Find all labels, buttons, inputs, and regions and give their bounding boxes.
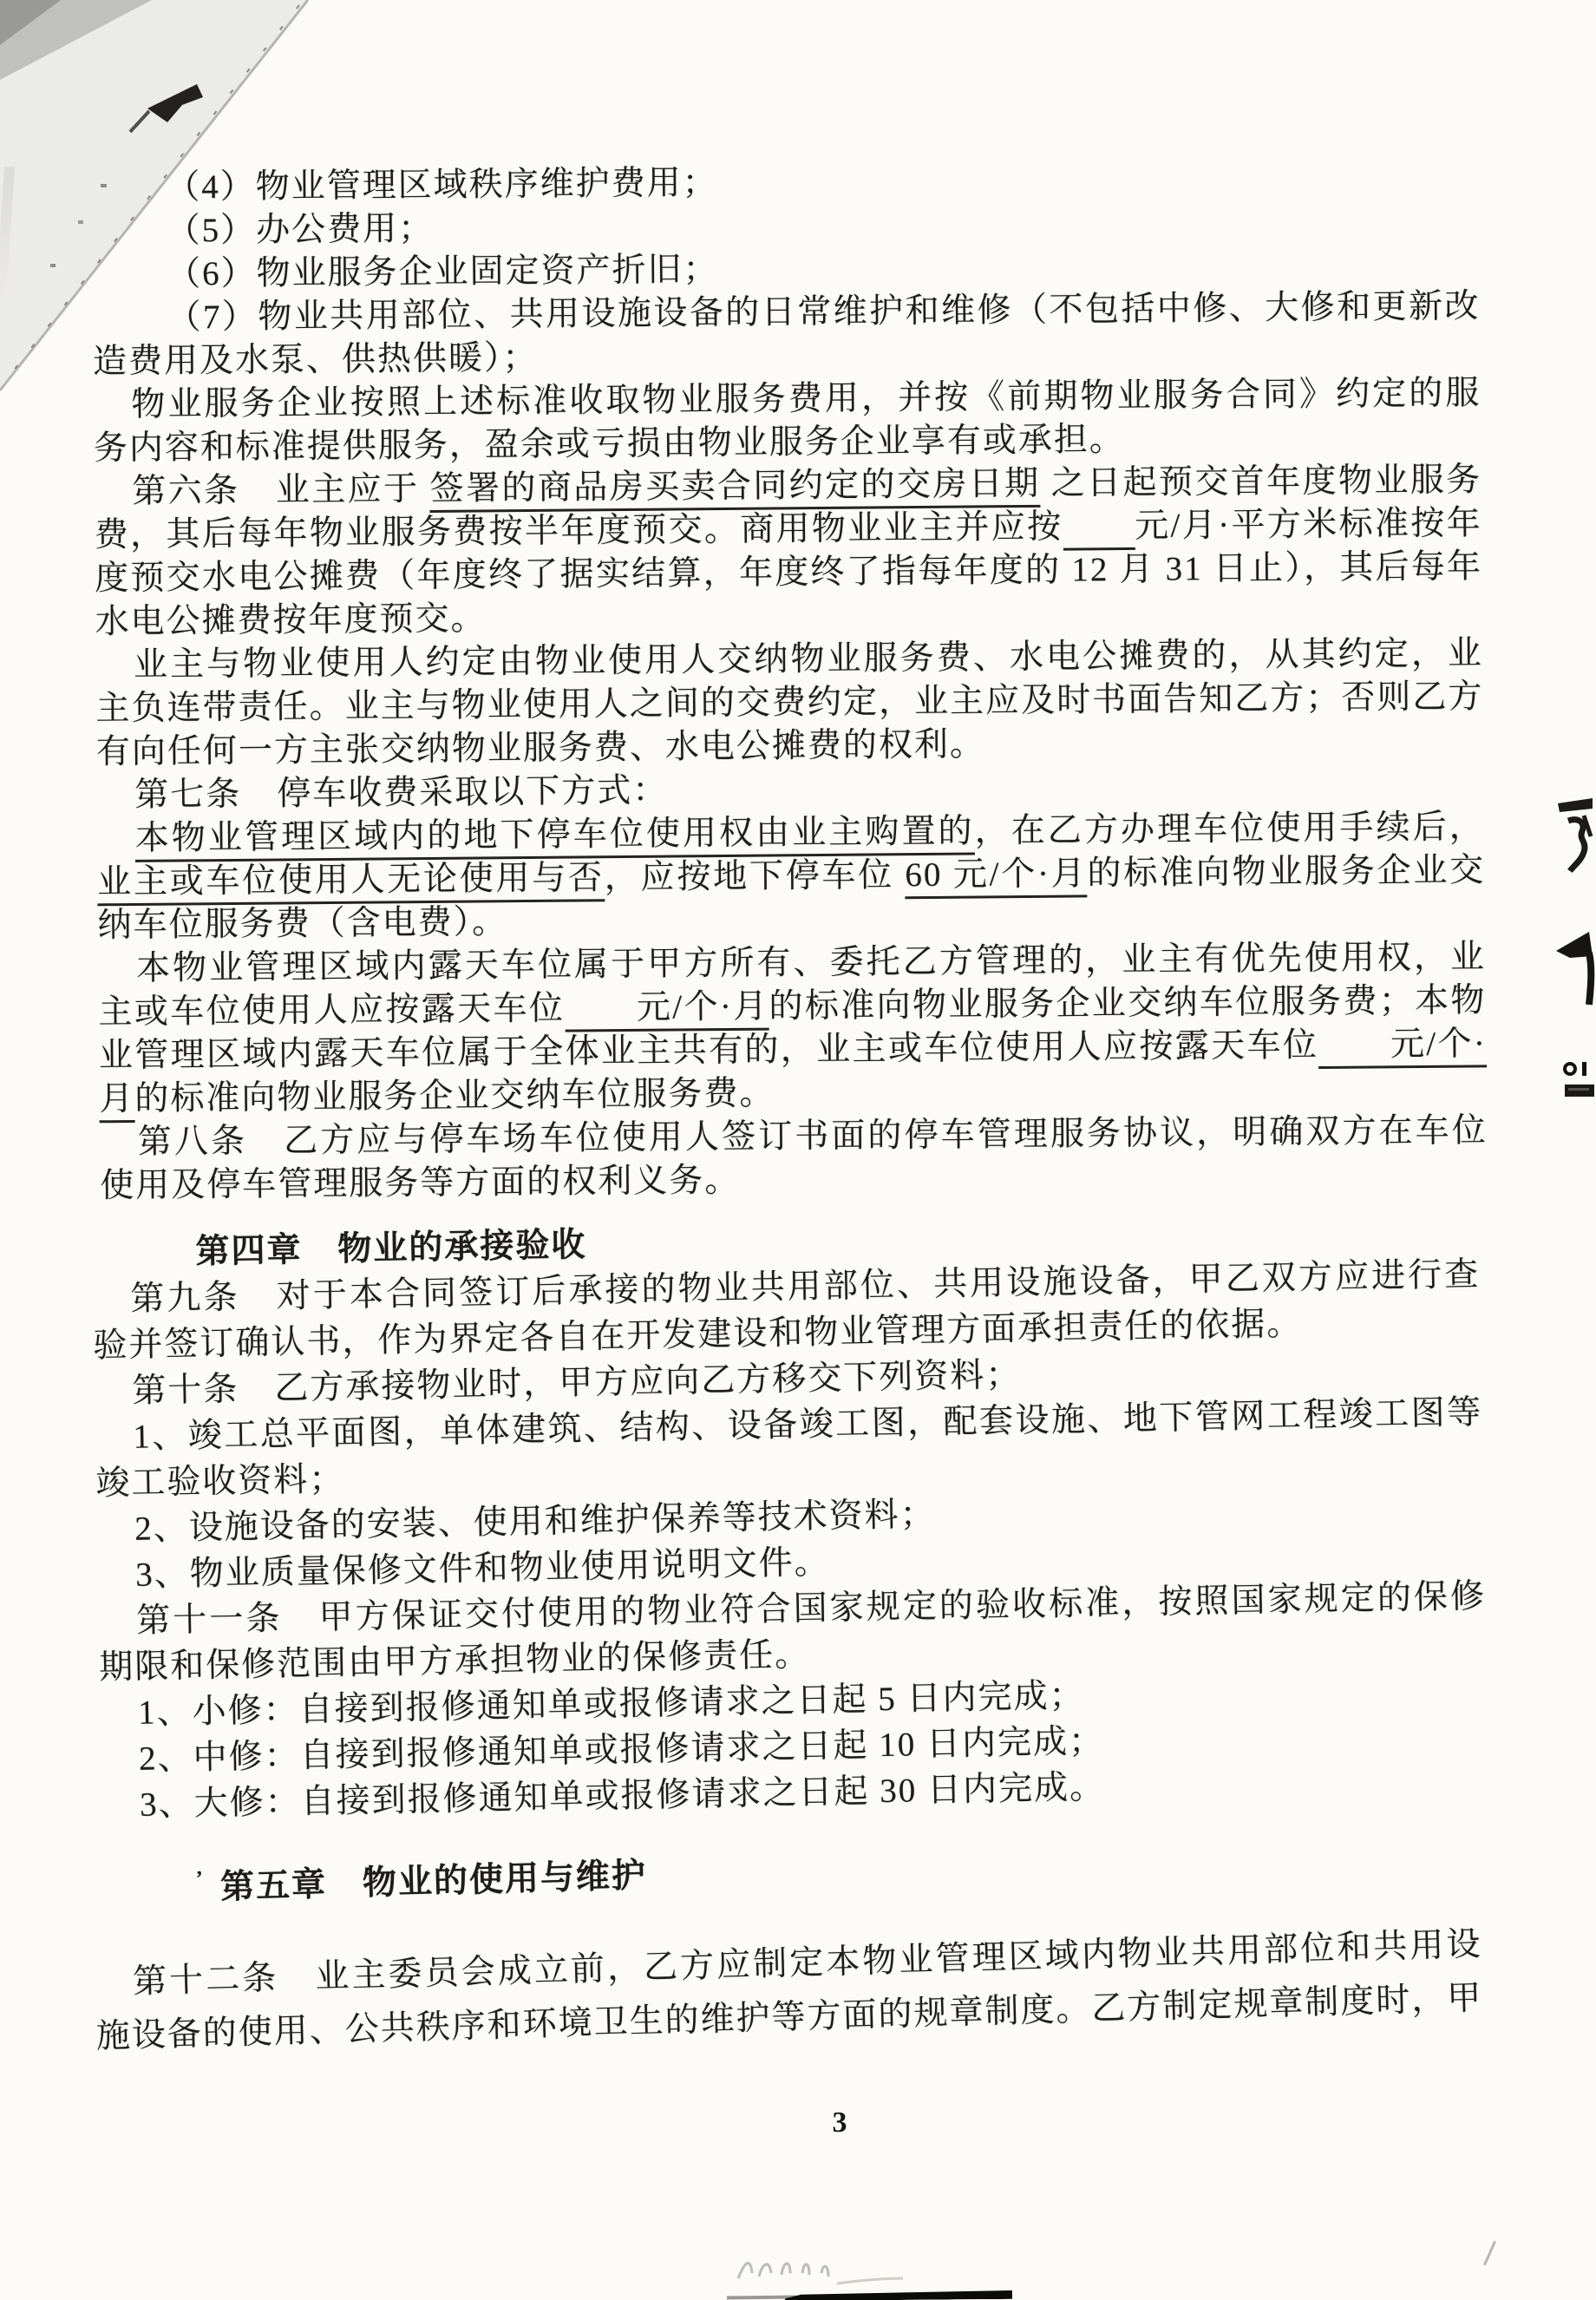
text-run: 第五章 物业的使用与维护 (220, 1857, 648, 1906)
section-2: 第四章 物业的承接验收第九条 对于本合同签订后承接的物业共用部位、共用设施设备，… (91, 1205, 1489, 1828)
filled-in-underlined-text: 业主或车位使用人无论使用与否 (97, 859, 605, 906)
text-run: 物业服务企业按照上述标准收取物业服务费用，并按《前期物业服务合同》约定的服务内容… (94, 374, 1482, 467)
paragraph-open-air-parking: 本物业管理区域内露天车位属于甲方所有、委托乙方管理的，业主有优先使用权，业主或车… (98, 935, 1488, 1121)
text-run: 第六条 业主应于 (132, 470, 430, 510)
filled-in-underlined-text: 签署的商品房买卖合同约定的交房日期 (429, 465, 1040, 513)
chapter-5-heading: ’第五章 物业的使用与维护 (91, 1816, 1480, 1918)
filled-in-underlined-text: 本物业管理区域内的地下停车位使用权由业主购置的 (135, 812, 975, 862)
section-1: （4）物业管理区域秩序维护费用；（5）办公费用；（6）物业服务企业固定资产折旧；… (91, 154, 1488, 1208)
text-run: ’ (195, 1868, 203, 1890)
scan-tick-mark (1483, 2241, 1496, 2266)
paragraph-fee-collection: 物业服务企业按照上述标准收取物业服务费用，并按《前期物业服务合同》约定的服务内容… (93, 371, 1482, 470)
text-run: 3、物业质量保修文件和物业使用说明文件。 (135, 1543, 830, 1594)
text-run: 的标准向物业服务企业交纳车位服务费。 (134, 1075, 775, 1117)
text-run: 第七条 停车收费采取以下方式： (134, 772, 668, 814)
paragraph-underground-parking: 本物业管理区域内的地下停车位使用权由业主购置的，在乙方办理车位使用手续后，业主或… (97, 805, 1486, 947)
filled-in-underlined-text (1063, 508, 1135, 551)
text-run: 第四章 物业的承接验收 (195, 1226, 587, 1270)
filled-in-underlined-text: 元/个·月 (565, 988, 769, 1032)
filled-in-underlined-text: 60 元/个·月 (905, 855, 1088, 899)
text-run: 业主与物业使用人约定由物业使用人交纳物业服务费、水电公摊费的，从其约定，业主负连… (95, 634, 1483, 770)
text-run: （7）物业共用部位、共用设施设备的日常维护和维修（不包括中修、大修和更新改造费用… (93, 287, 1481, 380)
text-run: ，在乙方办理车位使用手续后， (974, 808, 1484, 849)
text-run: （6）物业服务企业固定资产折旧； (167, 251, 719, 293)
pencil-scribble (733, 2244, 906, 2292)
section-3: ’第五章 物业的使用与维护第十二条 业主委员会成立前，乙方应制定本物业管理区域内… (91, 1816, 1484, 2064)
text-run: 第十二条 业主委员会成立前，乙方应制定本物业管理区域内物业共用部位和共用设施设备… (95, 1925, 1483, 2055)
page-number: 3 (822, 2107, 857, 2139)
paragraph-user-payment-agreement: 业主与物业使用人约定由物业使用人交纳物业服务费、水电公摊费的，从其约定，业主负连… (95, 632, 1484, 774)
text-run: （5）办公费用； (166, 210, 434, 250)
list-item-7: （7）物业共用部位、共用设施设备的日常维护和维修（不包括中修、大修和更新改造费用… (92, 285, 1481, 383)
clause-12: 第十二条 业主委员会成立前，乙方应制定本物业管理区域内物业共用部位和共用设施设备… (94, 1917, 1484, 2064)
text-run: 第八条 乙方应与停车场车位使用人签订书面的停车管理服务协议，明确双方在车位使用及… (100, 1111, 1488, 1204)
scanned-contract-page: （4）物业管理区域秩序维护费用；（5）办公费用；（6）物业服务企业固定资产折旧；… (0, 0, 1596, 2300)
clause-8: 第八条 乙方应与停车场车位使用人签订书面的停车管理服务协议，明确双方在车位使用及… (100, 1109, 1488, 1208)
handwritten-mark-fragment-3 (1561, 1060, 1596, 1104)
text-run: ，应按地下停车位 (605, 856, 906, 896)
document-body: （4）物业管理区域秩序维护费用；（5）办公费用；（6）物业服务企业固定资产折旧；… (91, 167, 1479, 2063)
handwritten-mark-fragment-1 (1553, 791, 1596, 878)
handwritten-mark-fragment-2 (1554, 930, 1596, 1008)
text-run: （4）物业管理区域秩序维护费用； (166, 164, 718, 206)
clause-6: 第六条 业主应于 签署的商品房买卖合同约定的交房日期 之日起预交首年度物业服务费… (94, 458, 1483, 644)
